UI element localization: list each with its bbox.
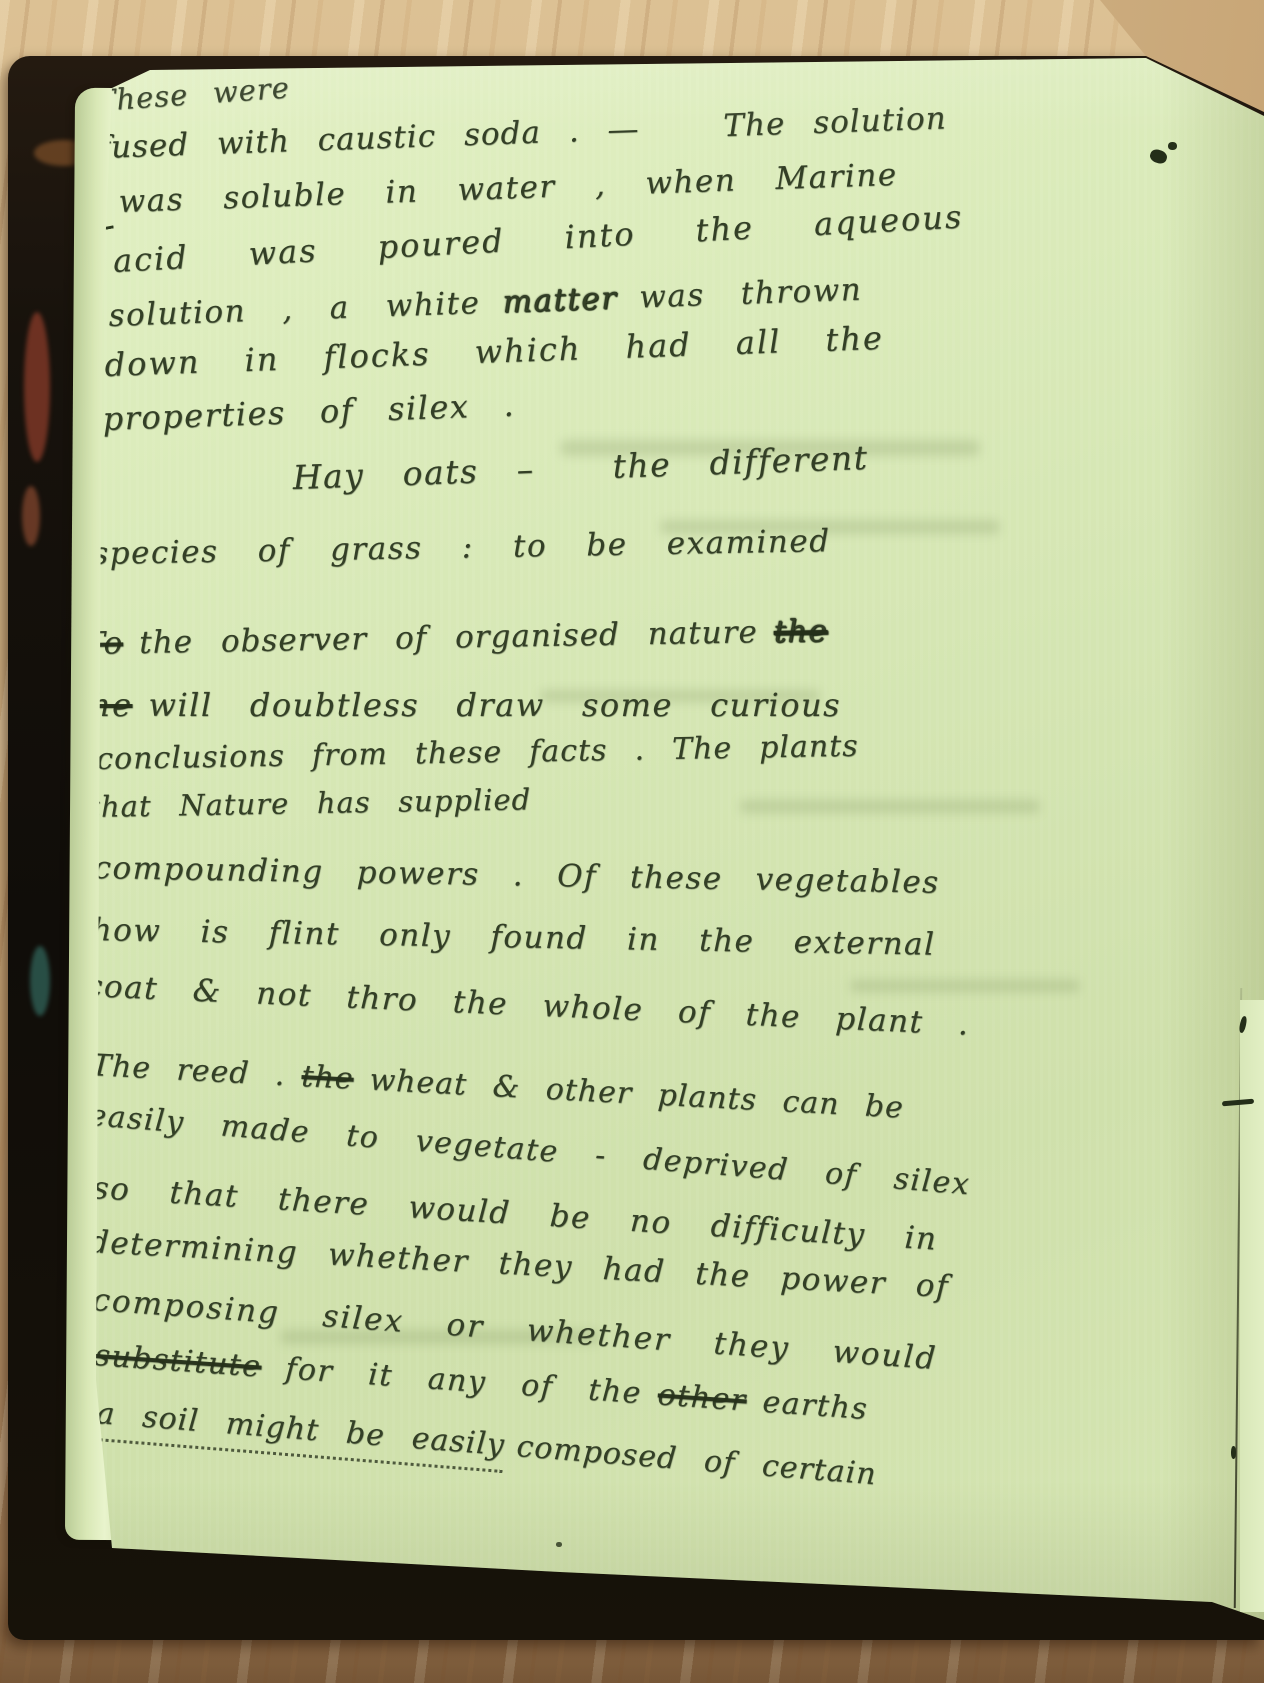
manuscript-photo: These werefused with caustic soda . —The… [0, 0, 1264, 1683]
marbled-endpaper-red [22, 486, 40, 546]
facing-page-sliver [1240, 1000, 1264, 1612]
gutter-ink-mark [1231, 1446, 1236, 1459]
page-shading [0, 0, 1264, 1683]
notebook-page: These werefused with caustic soda . —The… [0, 0, 1264, 1683]
marbled-endpaper-red [24, 312, 50, 462]
marbled-endpaper-teal [30, 946, 50, 1016]
